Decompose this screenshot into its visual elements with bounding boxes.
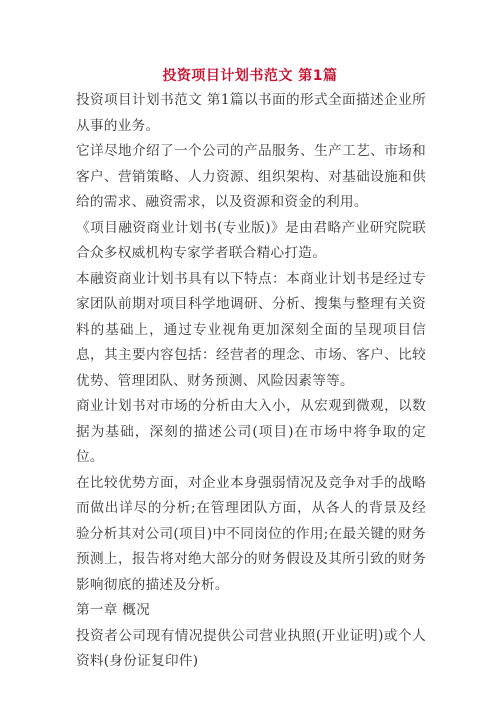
paragraph-book-description: 《项目融资商业计划书(专业版)》是由君略产业研究院联合众多权威机构专家学者联合精… <box>76 216 426 267</box>
document-title: 投资项目计划书范文 第1篇 <box>0 65 500 85</box>
chapter-heading: 第一章 概况 <box>76 598 426 624</box>
paragraph-overview: 它详尽地介绍了一个公司的产品服务、生产工艺、市场和客户、营销策略、人力资源、组织… <box>76 139 426 216</box>
paragraph-investor-info: 投资者公司现有情况提供公司营业执照(开业证明)或个人资料(身份证复印件) <box>76 624 426 675</box>
paragraph-market-analysis: 商业计划书对市场的分析由大入小，从宏观到微观，以数据为基础，深刻的描述公司(项目… <box>76 394 426 471</box>
document-body: 投资项目计划书范文 第1篇以书面的形式全面描述企业所从事的业务。 它详尽地介绍了… <box>76 88 426 675</box>
paragraph-intro: 投资项目计划书范文 第1篇以书面的形式全面描述企业所从事的业务。 <box>76 88 426 139</box>
document-page: 投资项目计划书范文 第1篇 投资项目计划书范文 第1篇以书面的形式全面描述企业所… <box>0 0 500 707</box>
paragraph-features: 本融资商业计划书具有以下特点：本商业计划书是经过专家团队前期对项目科学地调研、分… <box>76 267 426 395</box>
paragraph-competitive-advantage: 在比较优势方面，对企业本身强弱情况及竞争对手的战略而做出详尽的分析;在管理团队方… <box>76 471 426 599</box>
